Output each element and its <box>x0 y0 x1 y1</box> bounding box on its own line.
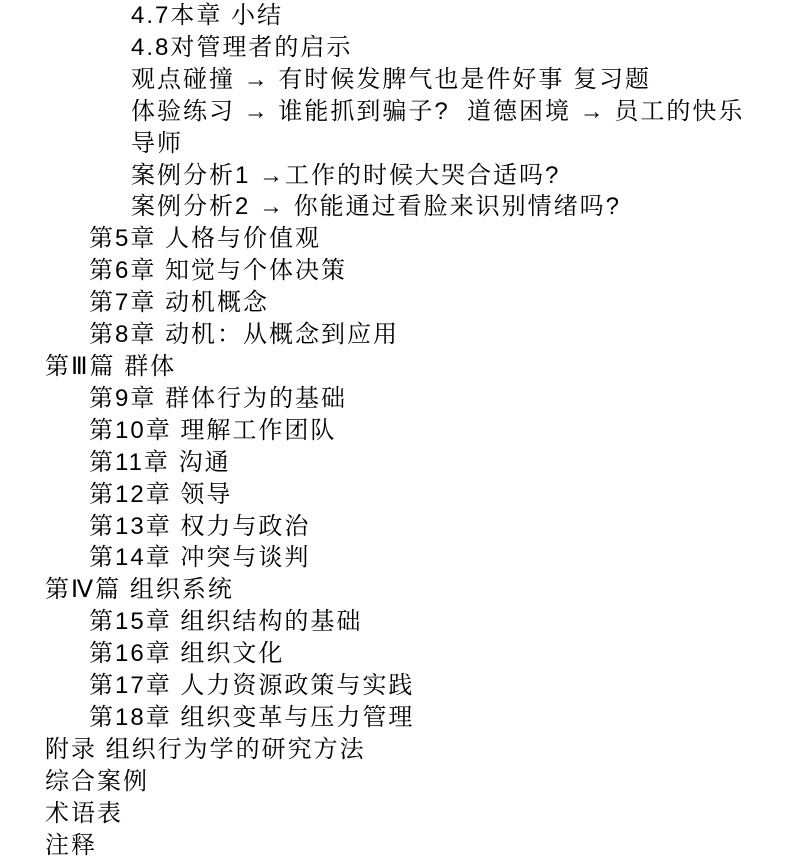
toc-line: 案例分析2 → 你能通过看脸来识别情绪吗? <box>0 191 790 223</box>
toc-line: 第Ⅲ篇 群体 <box>0 351 790 383</box>
toc-line: 第16章 组织文化 <box>0 638 790 670</box>
toc-line: 第Ⅳ篇 组织系统 <box>0 574 790 606</box>
toc-line: 第10章 理解工作团队 <box>0 415 790 447</box>
toc-line: 第17章 人力资源政策与实践 <box>0 670 790 702</box>
toc-line: 第8章 动机：从概念到应用 <box>0 319 790 351</box>
toc-line: 第18章 组织变革与压力管理 <box>0 702 790 734</box>
toc-line: 第11章 沟通 <box>0 447 790 479</box>
toc-line: 术语表 <box>0 798 790 830</box>
toc-line: 第14章 冲突与谈判 <box>0 542 790 574</box>
document-page: 4.7本章 小结4.8对管理者的启示观点碰撞 → 有时候发脾气也是件好事 复习题… <box>0 0 790 860</box>
toc-line: 4.8对管理者的启示 <box>0 32 790 64</box>
toc-line: 综合案例 <box>0 766 790 798</box>
toc-line: 注释 <box>0 830 790 860</box>
table-of-contents: 4.7本章 小结4.8对管理者的启示观点碰撞 → 有时候发脾气也是件好事 复习题… <box>0 0 790 860</box>
toc-line: 第7章 动机概念 <box>0 287 790 319</box>
toc-line: 体验练习 → 谁能抓到骗子? 道德困境 → 员工的快乐 <box>0 96 790 128</box>
toc-line: 第6章 知觉与个体决策 <box>0 255 790 287</box>
toc-line: 第13章 权力与政治 <box>0 511 790 543</box>
toc-line: 第9章 群体行为的基础 <box>0 383 790 415</box>
toc-line: 观点碰撞 → 有时候发脾气也是件好事 复习题 <box>0 64 790 96</box>
toc-line: 第5章 人格与价值观 <box>0 223 790 255</box>
toc-line: 导师 <box>0 128 790 160</box>
toc-line: 4.7本章 小结 <box>0 0 790 32</box>
toc-line: 附录 组织行为学的研究方法 <box>0 734 790 766</box>
toc-line: 案例分析1 →工作的时候大哭合适吗? <box>0 160 790 192</box>
toc-line: 第15章 组织结构的基础 <box>0 606 790 638</box>
toc-line: 第12章 领导 <box>0 479 790 511</box>
